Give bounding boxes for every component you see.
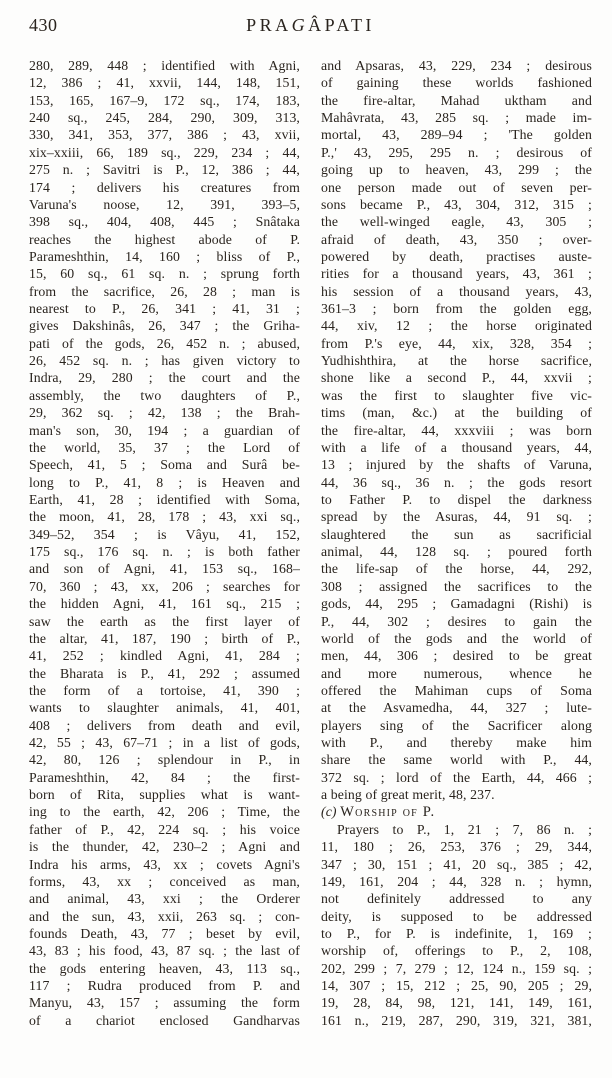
text-line: 174 ; delivers his creatures from xyxy=(29,179,300,196)
text-line: men, 44, 306 ; desired to be great xyxy=(321,647,592,664)
text-line: the well-winged eagle, 43, 305 ; xyxy=(321,213,592,230)
text-line: going up to heaven, 43, 299 ; the xyxy=(321,161,592,178)
text-line: 42, 55 ; 43, 67–71 ; in a list of gods, xyxy=(29,734,300,751)
text-line: P., 44, 302 ; desires to gain the xyxy=(321,613,592,630)
text-line: the altar, 41, 187, 190 ; birth of P., xyxy=(29,630,300,647)
text-line: 175 sq., 176 sq. n. ; is both father xyxy=(29,543,300,560)
book-page: 430 PRAGÂPATI 280, 289, 448 ; identified… xyxy=(0,0,612,1078)
text-line: gives Dakshinâs, 26, 347 ; the Griha- xyxy=(29,317,300,334)
text-line: 44, 36 sq., 36 n. ; the gods resort xyxy=(321,474,592,491)
text-line: Manyu, 43, 157 ; assuming the form xyxy=(29,994,300,1011)
text-line: 43, 83 ; his food, 43, 87 sq. ; the last… xyxy=(29,942,300,959)
text-line: and the sun, 43, xxii, 263 sq. ; con- xyxy=(29,908,300,925)
text-line: nearest to P., 26, 341 ; 41, 31 ; xyxy=(29,300,300,317)
text-line: the life-sap of the horse, 44, 292, xyxy=(321,560,592,577)
text-line: the fire-altar, Mahad uktham and xyxy=(321,92,592,109)
text-line: to P., for P. is indefinite, 1, 169 ; xyxy=(321,925,592,942)
text-line: 42, 80, 126 ; splendour in P., in xyxy=(29,751,300,768)
text-line: offered the Mahiman cups of Soma xyxy=(321,682,592,699)
text-line: 347 ; 30, 151 ; 41, 20 sq., 385 ; 42, xyxy=(321,856,592,873)
page-title-italic-letter: G xyxy=(292,15,309,35)
text-line: assembly, the two daughters of P., xyxy=(29,387,300,404)
text-line: Varuna's noose, 12, 391, 393–5, xyxy=(29,196,300,213)
text-line: born of Rita, supplies what is want- xyxy=(29,786,300,803)
text-line: the form of a tortoise, 41, 390 ; xyxy=(29,682,300,699)
text-line: P.,' 43, 295, 295 n. ; desirous of xyxy=(321,144,592,161)
text-line: Prayers to P., 1, 21 ; 7, 86 n. ; xyxy=(321,821,592,838)
text-line: the moon, 41, 28, 178 ; 43, xxi sq., xyxy=(29,508,300,525)
text-line: the fire-altar, 44, xxxviii ; was born xyxy=(321,422,592,439)
text-line: 117 ; Rudra produced from P. and xyxy=(29,977,300,994)
text-line: afraid of death, 43, 350 ; over- xyxy=(321,231,592,248)
text-line: reaches the highest abode of P. xyxy=(29,231,300,248)
text-line: 240 sq., 245, 284, 290, 309, 313, xyxy=(29,109,300,126)
text-line: 202, 299 ; 7, 279 ; 12, 124 n., 159 sq. … xyxy=(321,960,592,977)
text-line: Indra his arms, 43, xx ; covets Agni's xyxy=(29,856,300,873)
text-line: of gaining these worlds fashioned xyxy=(321,74,592,91)
text-line: 149, 161, 204 ; 44, 328 n. ; hymn, xyxy=(321,873,592,890)
text-line: spread by the Asuras, 44, 91 sq. ; xyxy=(321,508,592,525)
text-line: 349–52, 354 ; is Vâyu, 41, 152, xyxy=(29,526,300,543)
text-line: tims (man, &c.) at the building of xyxy=(321,404,592,421)
index-column-right: and Apsaras, 43, 229, 234 ; desirousof g… xyxy=(321,57,592,1029)
text-line: world of the gods and the world of xyxy=(321,630,592,647)
text-line: with a life of a thousand years, 44, xyxy=(321,439,592,456)
text-line: Parameshthin, 14, 160 ; bliss of P., xyxy=(29,248,300,265)
text-line: founds Death, 43, 77 ; beset by evil, xyxy=(29,925,300,942)
index-column-left: 280, 289, 448 ; identified with Agni,12,… xyxy=(29,57,300,1029)
text-line: 308 ; assigned the sacrifices to the xyxy=(321,578,592,595)
text-line: and animal, 43, xxi ; the Orderer xyxy=(29,890,300,907)
text-line: rities for a thousand years, 43, 361 ; xyxy=(321,265,592,282)
text-line: man's son, 30, 194 ; a guardian of xyxy=(29,422,300,439)
page-title-part: ÂPATI xyxy=(308,15,375,35)
text-line: a being of great merit, 48, 237. xyxy=(321,786,592,803)
text-line: 44, xiv, 12 ; the horse originated xyxy=(321,317,592,334)
text-line: xix–xxiii, 66, 189 sq., 229, 234 ; 44, xyxy=(29,144,300,161)
text-line: from P.'s eye, 44, xix, 328, 354 ; xyxy=(321,335,592,352)
text-line: saw the earth as the first layer of xyxy=(29,613,300,630)
section-heading: (c) Worship of P. xyxy=(321,803,592,820)
text-line: father of P., 42, 224 sq. ; his voice xyxy=(29,821,300,838)
text-line: the world, 35, 37 ; the Lord of xyxy=(29,439,300,456)
text-line: 275 n. ; Savitri is P., 12, 386 ; 44, xyxy=(29,161,300,178)
text-line: 280, 289, 448 ; identified with Agni, xyxy=(29,57,300,74)
text-line: and son of Agni, 41, 153 sq., 168– xyxy=(29,560,300,577)
text-line: mortal, 43, 289–94 ; 'The golden xyxy=(321,126,592,143)
text-line: players sing of the Sacrificer along xyxy=(321,717,592,734)
text-line: Speech, 41, 5 ; Soma and Surâ be- xyxy=(29,456,300,473)
page-title: PRAGÂPATI xyxy=(29,15,592,36)
text-line: 11, 180 ; 26, 253, 376 ; 29, 344, xyxy=(321,838,592,855)
index-columns: 280, 289, 448 ; identified with Agni,12,… xyxy=(29,57,592,1029)
text-line: Mahâvrata, 43, 285 sq. ; made im- xyxy=(321,109,592,126)
text-line: Indra, 29, 280 ; the court and the xyxy=(29,369,300,386)
text-line: Parameshthin, 42, 84 ; the first- xyxy=(29,769,300,786)
text-line: 14, 307 ; 15, 212 ; 25, 90, 205 ; 29, xyxy=(321,977,592,994)
text-line: 372 sq. ; lord of the Earth, 44, 466 ; xyxy=(321,769,592,786)
text-line: 13 ; injured by the shafts of Varuna, xyxy=(321,456,592,473)
text-line: share the same world with P., 44, xyxy=(321,751,592,768)
text-line: gods, 44, 295 ; Gamadagni (Rishi) is xyxy=(321,595,592,612)
text-line: 330, 341, 353, 377, 386 ; 43, xvii, xyxy=(29,126,300,143)
text-line: 29, 362 sq. ; 42, 138 ; the Brah- xyxy=(29,404,300,421)
text-line: shone like a second P., 44, xxvii ; xyxy=(321,369,592,386)
text-line: 19, 28, 84, 98, 121, 141, 149, 161, xyxy=(321,994,592,1011)
text-line: with P., and thereby make him xyxy=(321,734,592,751)
text-line: Yudhishthira, at the horse sacrifice, xyxy=(321,352,592,369)
text-line: wants to slaughter animals, 41, 401, xyxy=(29,699,300,716)
text-line: 41, 252 ; kindled Agni, 41, 284 ; xyxy=(29,647,300,664)
text-line: Earth, 41, 28 ; identified with Soma, xyxy=(29,491,300,508)
text-line: his session of a thousand years, 43, xyxy=(321,283,592,300)
text-line: of a chariot enclosed Gandharvas xyxy=(29,1012,300,1029)
text-line: slaughtered the sun as sacrificial xyxy=(321,526,592,543)
text-line: was the first to slaughter five vic- xyxy=(321,387,592,404)
text-line: is the thunder, 42, 230–2 ; Agni and xyxy=(29,838,300,855)
page-title-part: PRA xyxy=(246,15,292,35)
text-line: the gods entering heaven, 43, 113 sq., xyxy=(29,960,300,977)
text-line: 153, 165, 167–9, 172 sq., 174, 183, xyxy=(29,92,300,109)
text-line: the Bharata is P., 41, 292 ; assumed xyxy=(29,665,300,682)
text-line: deity, is supposed to be addressed xyxy=(321,908,592,925)
text-line: one person made out of seven per- xyxy=(321,179,592,196)
heading-text: Worship of P. xyxy=(340,804,435,820)
text-line: not definitely addressed to any xyxy=(321,890,592,907)
text-line: long to P., 41, 8 ; is Heaven and xyxy=(29,474,300,491)
text-line: 12, 386 ; 41, xxvii, 144, 148, 151, xyxy=(29,74,300,91)
text-line: at the Asvamedha, 44, 327 ; lute- xyxy=(321,699,592,716)
text-line: ing to the earth, 42, 206 ; Time, the xyxy=(29,803,300,820)
text-line: 161 n., 219, 287, 290, 319, 321, 381, xyxy=(321,1012,592,1029)
page-header: 430 PRAGÂPATI xyxy=(29,15,592,41)
text-line: and more numerous, whence he xyxy=(321,665,592,682)
text-line: the hidden Agni, 41, 161 sq., 215 ; xyxy=(29,595,300,612)
text-line: 15, 60 sq., 61 sq. n. ; sprung forth xyxy=(29,265,300,282)
text-line: 398 sq., 404, 408, 445 ; Snâtaka xyxy=(29,213,300,230)
text-line: forms, 43, xx ; conceived as man, xyxy=(29,873,300,890)
text-line: animal, 44, 128 sq. ; poured forth xyxy=(321,543,592,560)
text-line: 70, 360 ; 43, xx, 206 ; searches for xyxy=(29,578,300,595)
text-line: from the sacrifice, 26, 28 ; man is xyxy=(29,283,300,300)
text-line: pati of the gods, 26, 452 n. ; abused, xyxy=(29,335,300,352)
text-line: worship of, offerings to P., 2, 108, xyxy=(321,942,592,959)
text-line: to Father P. to dispel the darkness xyxy=(321,491,592,508)
text-line: powered by death, practises auste- xyxy=(321,248,592,265)
text-line: 408 ; delivers from death and evil, xyxy=(29,717,300,734)
text-line: 361–3 ; born from the golden egg, xyxy=(321,300,592,317)
heading-letter: (c) xyxy=(321,804,340,819)
text-line: sons became P., 43, 304, 312, 315 ; xyxy=(321,196,592,213)
text-line: and Apsaras, 43, 229, 234 ; desirous xyxy=(321,57,592,74)
text-line: 26, 452 sq. n. ; has given victory to xyxy=(29,352,300,369)
